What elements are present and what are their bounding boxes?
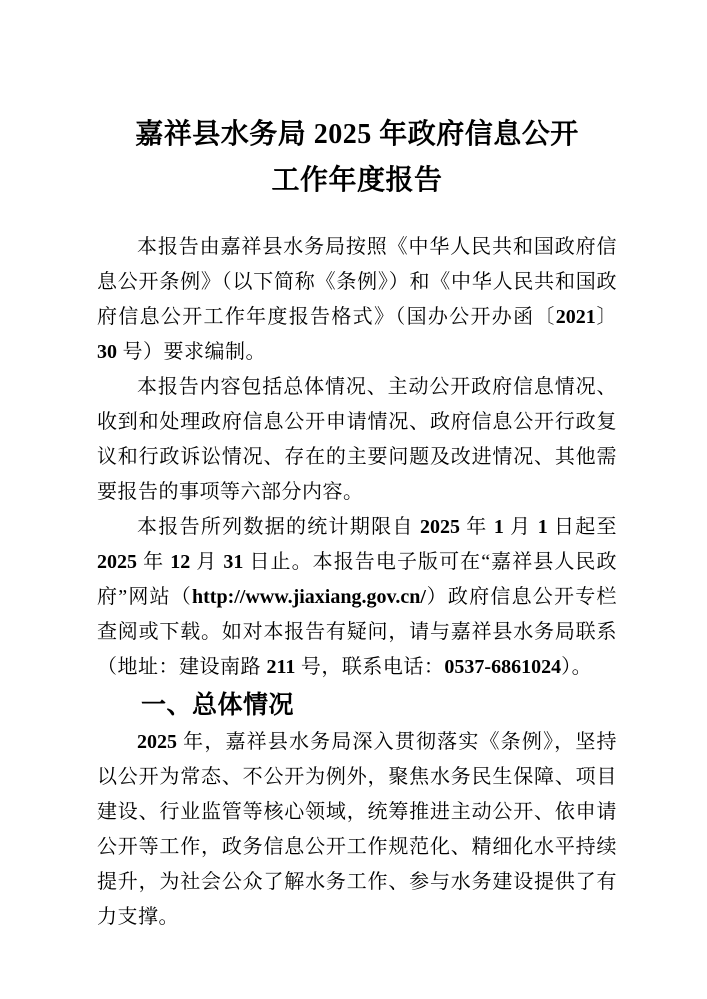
text-run: 月	[504, 516, 538, 538]
document-title-line2: 工作年度报告	[97, 158, 617, 204]
text-run: 号）要求编制。	[117, 341, 266, 363]
paragraph-report-contents: 本报告内容包括总体情况、主动公开政府信息情况、收到和处理政府信息公开申请情况、政…	[97, 370, 617, 510]
text-run: 本报告所列数据的统计期限自	[137, 516, 420, 538]
text-run-bold: 2025	[97, 551, 137, 573]
paragraph-overview: 2025 年，嘉祥县水务局深入贯彻落实《条例》，坚持以公开为常态、不公开为例外，…	[97, 725, 617, 935]
text-run: 本报告由嘉祥县水务局按照《中华人民共和国政府信息公开条例》（以下简称《条例》）和…	[97, 236, 617, 328]
text-run: 〕	[596, 306, 617, 328]
text-run-bold: 2025	[420, 516, 460, 538]
text-run: 日起至	[548, 516, 617, 538]
text-run: 号，联系电话：	[295, 656, 444, 678]
text-run-bold: 2021	[556, 306, 596, 328]
text-run-bold: 2025	[137, 731, 177, 753]
document-page: 嘉祥县水务局 2025 年政府信息公开 工作年度报告 本报告由嘉祥县水务局按照《…	[0, 0, 707, 999]
text-run: 年，嘉祥县水务局深入贯彻落实《条例》，坚持以公开为常态、不公开为例外，聚焦水务民…	[97, 731, 617, 928]
text-run: 年	[460, 516, 494, 538]
text-run: 年	[137, 551, 170, 573]
document-content: 嘉祥县水务局 2025 年政府信息公开 工作年度报告 本报告由嘉祥县水务局按照《…	[97, 112, 617, 935]
paragraph-compilation-basis: 本报告由嘉祥县水务局按照《中华人民共和国政府信息公开条例》（以下简称《条例》）和…	[97, 230, 617, 370]
document-title: 嘉祥县水务局 2025 年政府信息公开 工作年度报告	[97, 112, 617, 204]
text-run-bold: 12	[170, 551, 190, 573]
text-run-bold: 1	[494, 516, 504, 538]
text-run: 月	[190, 551, 223, 573]
text-run-bold: 211	[267, 656, 296, 678]
text-run-bold: 1	[538, 516, 548, 538]
section-heading-overview: 一、总体情况	[97, 685, 617, 725]
text-run-bold: 0537-6861024	[444, 656, 561, 678]
paragraph-statistics-period-and-contact: 本报告所列数据的统计期限自 2025 年 1 月 1 日起至 2025 年 12…	[97, 510, 617, 685]
text-run: 本报告内容包括总体情况、主动公开政府信息情况、收到和处理政府信息公开申请情况、政…	[97, 376, 617, 503]
text-run-bold: 30	[97, 341, 117, 363]
text-run: ）。	[561, 656, 592, 678]
document-title-line1: 嘉祥县水务局 2025 年政府信息公开	[97, 112, 617, 158]
text-run-bold: http://www.jiaxiang.gov.cn/	[192, 586, 426, 608]
text-run-bold: 31	[223, 551, 243, 573]
